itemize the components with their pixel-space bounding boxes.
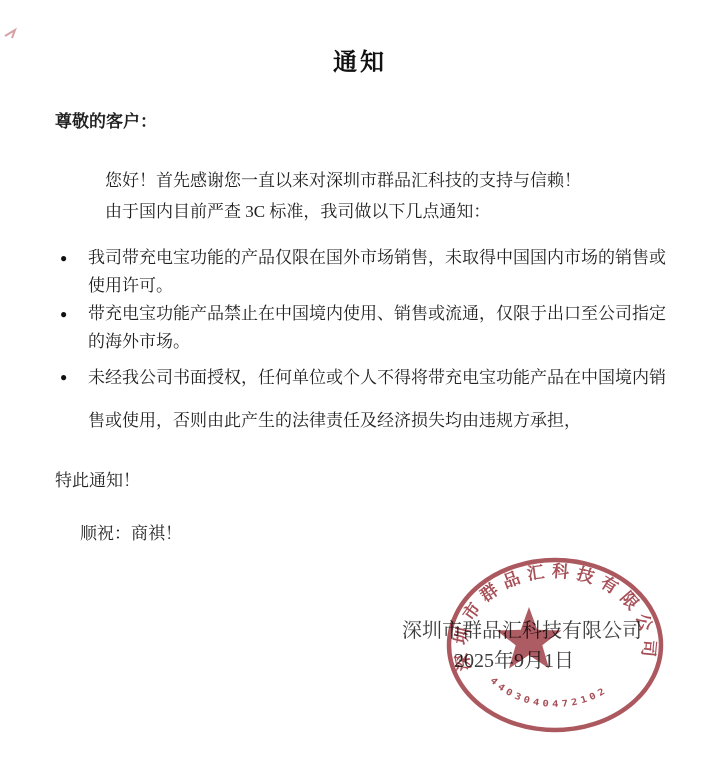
regards-line: 顺祝：商祺！ — [80, 519, 720, 544]
closing-line: 特此通知！ — [55, 466, 720, 491]
intro-paragraph: 您好！首先感谢您一直以来对深圳市群品汇科技的支持与信赖！ 由于国内目前严查 3C… — [105, 165, 675, 227]
seal-serial-number: 4403040472102 — [488, 676, 610, 710]
bullet-text-1: 我司带充电宝功能的产品仅限在国外市场销售，未取得中国国内市场的销售或使用许可。 — [88, 244, 666, 300]
signature-block: 深圳市群品汇科技有限公司 2025年9月1日 — [402, 616, 642, 676]
bullet-item-1: ● 我司带充电宝功能的产品仅限在国外市场销售，未取得中国国内市场的销售或使用许可… — [60, 244, 668, 300]
intro-line-1: 您好！首先感谢您一直以来对深圳市群品汇科技的支持与信赖！ — [105, 165, 675, 196]
bullet-text-3: 未经我公司书面授权，任何单位或个人不得将带充电宝功能产品在中国境内销售或使用，否… — [88, 356, 666, 442]
signature-company: 深圳市群品汇科技有限公司 — [402, 616, 642, 646]
signature-date: 2025年9月1日 — [402, 646, 642, 676]
bullet-item-3: ● 未经我公司书面授权，任何单位或个人不得将带充电宝功能产品在中国境内销售或使用… — [60, 356, 668, 442]
document-title: 通知 — [0, 0, 720, 77]
notice-document: 通知 尊敬的客户： 您好！首先感谢您一直以来对深圳市群品汇科技的支持与信赖！ 由… — [0, 0, 720, 771]
bullet-dot-icon: ● — [60, 244, 88, 272]
bullet-item-2: ● 带充电宝功能产品禁止在中国境内使用、销售或流通，仅限于出口至公司指定的海外市… — [60, 300, 668, 356]
notice-bullet-list: ● 我司带充电宝功能的产品仅限在国外市场销售，未取得中国国内市场的销售或使用许可… — [60, 244, 668, 442]
bullet-text-2: 带充电宝功能产品禁止在中国境内使用、销售或流通，仅限于出口至公司指定的海外市场。 — [88, 300, 666, 356]
intro-line-2: 由于国内目前严查 3C 标准，我司做以下几点通知： — [105, 196, 675, 227]
bullet-dot-icon: ● — [60, 300, 88, 328]
bullet-dot-icon: ● — [60, 356, 88, 399]
salutation: 尊敬的客户： — [55, 107, 720, 132]
